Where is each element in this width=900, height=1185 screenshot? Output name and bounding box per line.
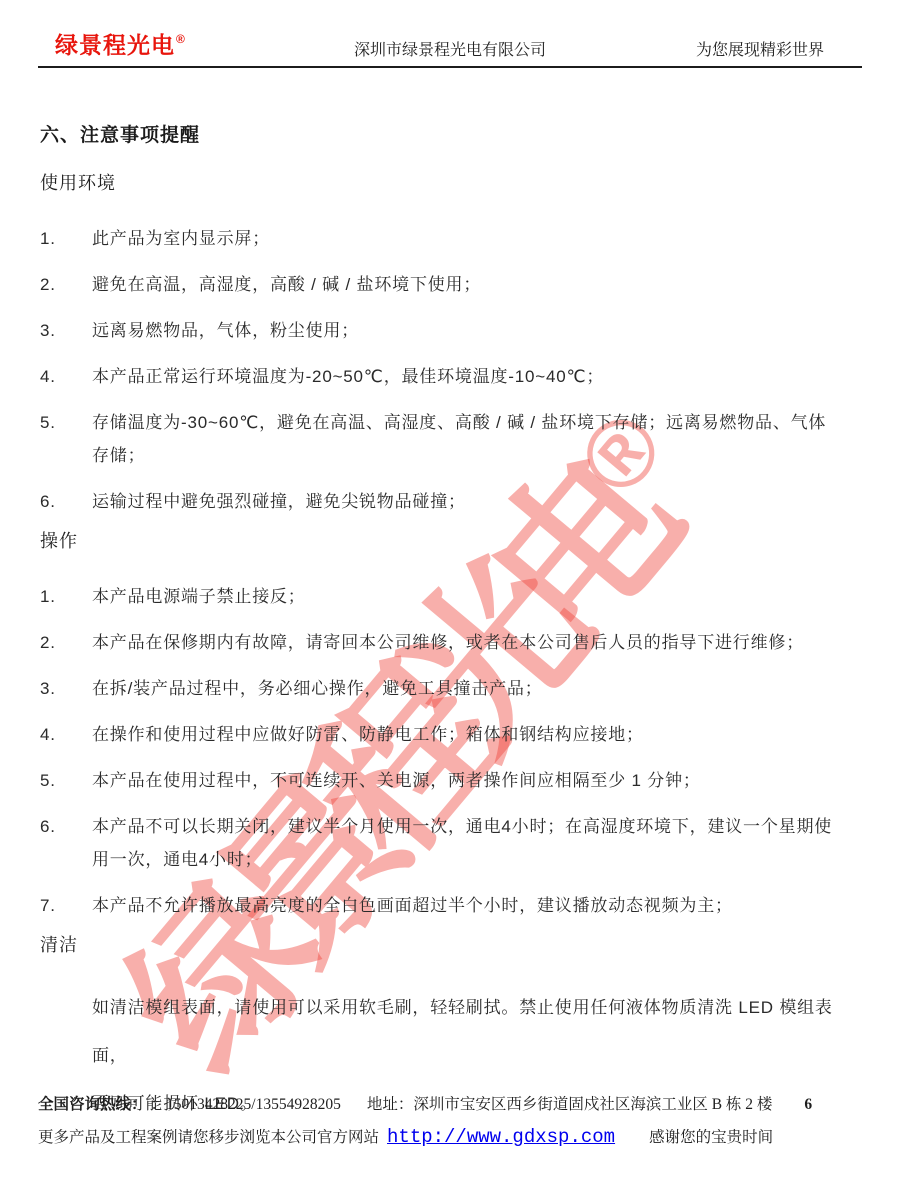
item-text: 避免在高温，高湿度，高酸 / 碱 / 盐环境下使用； (92, 275, 481, 294)
item-number: 5. (40, 406, 56, 439)
item-number: 3. (40, 314, 56, 347)
company-logo: 绿景程光电® (55, 33, 186, 57)
list-item: 2.避免在高温，高湿度，高酸 / 碱 / 盐环境下使用； (40, 268, 862, 301)
item-text: 在操作和使用过程中应做好防雷、防静电工作；箱体和钢结构应接地； (92, 725, 644, 744)
subsection-usage-environment: 使用环境 (40, 173, 862, 194)
list-item: 6.运输过程中避免强烈碰撞，避免尖锐物品碰撞； (40, 485, 862, 518)
item-text: 本产品不可以长期关闭，建议半个月使用一次，通电4小时；在高湿度环境下，建议一个星… (92, 817, 832, 869)
item-text: 远离易燃物品，气体，粉尘使用； (92, 321, 359, 340)
document-body: 六、注意事项提醒 使用环境 1.此产品为室内显示屏； 2.避免在高温，高湿度，高… (40, 125, 862, 1128)
footer-note-suffix: 感谢您的宝贵时间 (649, 1125, 773, 1147)
list-item: 5.存储温度为-30~60℃，避免在高温、高湿度、高酸 / 碱 / 盐环境下存储… (40, 406, 862, 472)
item-text: 本产品不允许播放最高亮度的全白色画面超过半个小时，建议播放动态视频为主； (92, 896, 733, 915)
list-item: 2.本产品在保修期内有故障，请寄回本公司维修，或者在本公司售后人员的指导下进行维… (40, 626, 862, 659)
list-item: 3.在拆/装产品过程中，务必细心操作，避免工具撞击产品； (40, 672, 862, 705)
footer-note-prefix: 更多产品及工程案例请您移步浏览本公司官方网站 (38, 1125, 379, 1147)
page-header: 绿景程光电® 深圳市绿景程光电有限公司 为您展现精彩世界 (38, 0, 862, 68)
list-item: 7.本产品不允许播放最高亮度的全白色画面超过半个小时，建议播放动态视频为主； (40, 889, 862, 922)
item-text: 本产品在保修期内有故障，请寄回本公司维修，或者在本公司售后人员的指导下进行维修； (92, 633, 804, 652)
item-number: 3. (40, 672, 56, 705)
footer-line-2: 更多产品及工程案例请您移步浏览本公司官方网站 http://www.gdxsp.… (38, 1125, 862, 1148)
header-slogan: 为您展现精彩世界 (696, 37, 824, 60)
item-text: 在拆/装产品过程中，务必细心操作，避免工具撞击产品； (92, 679, 543, 698)
company-address: 地址：深圳市宝安区西乡街道固戍社区海滨工业区 B 栋 2 楼 (367, 1092, 773, 1114)
footer-line-1: 全国咨询热线： ：15013428225/13554928205 地址：深圳市宝… (38, 1092, 862, 1114)
list-item: 1.本产品电源端子禁止接反； (40, 580, 862, 613)
registered-trademark-icon: ® (176, 32, 186, 46)
header-company-name: 深圳市绿景程光电有限公司 (354, 37, 546, 60)
item-text: 存储温度为-30~60℃，避免在高温、高湿度、高酸 / 碱 / 盐环境下存储；远… (92, 413, 826, 465)
list-item: 4.本产品正常运行环境温度为-20~50℃，最佳环境温度-10~40℃； (40, 360, 862, 393)
page-title: 六、注意事项提醒 (40, 125, 862, 147)
hotline-numbers: ：15013428225/13554928205 (151, 1092, 341, 1114)
website-link[interactable]: http://www.gdxsp.com (387, 1126, 615, 1148)
item-number: 5. (40, 764, 56, 797)
item-number: 6. (40, 810, 56, 843)
item-text: 本产品正常运行环境温度为-20~50℃，最佳环境温度-10~40℃； (92, 367, 604, 386)
item-text: 本产品在使用过程中，不可连续开、关电源，两者操作间应相隔至少 1 分钟； (92, 771, 701, 790)
item-number: 1. (40, 580, 56, 613)
logo-text: 绿景程光电 (55, 32, 175, 58)
operation-list: 1.本产品电源端子禁止接反； 2.本产品在保修期内有故障，请寄回本公司维修，或者… (40, 580, 862, 922)
item-text: 本产品电源端子禁止接反； (92, 587, 306, 606)
item-text: 运输过程中避免强烈碰撞，避免尖锐物品碰撞； (92, 492, 466, 511)
item-number: 2. (40, 626, 56, 659)
usage-environment-list: 1.此产品为室内显示屏； 2.避免在高温，高湿度，高酸 / 碱 / 盐环境下使用… (40, 222, 862, 518)
page-footer: 全国咨询热线： ：15013428225/13554928205 地址：深圳市宝… (38, 1092, 862, 1148)
subsection-cleaning: 清洁 (40, 935, 862, 956)
list-item: 4.在操作和使用过程中应做好防雷、防静电工作；箱体和钢结构应接地； (40, 718, 862, 751)
item-text: 此产品为室内显示屏； (92, 229, 270, 248)
subsection-operation: 操作 (40, 531, 862, 552)
item-number: 4. (40, 718, 56, 751)
hotline-label: 全国咨询热线： (38, 1092, 147, 1114)
document-page: 绿景程光电® 绿景程光电® 深圳市绿景程光电有限公司 为您展现精彩世界 六、注意… (0, 0, 900, 1185)
list-item: 5.本产品在使用过程中，不可连续开、关电源，两者操作间应相隔至少 1 分钟； (40, 764, 862, 797)
item-number: 6. (40, 485, 56, 518)
list-item: 3.远离易燃物品，气体，粉尘使用； (40, 314, 862, 347)
list-item: 1.此产品为室内显示屏； (40, 222, 862, 255)
item-number: 2. (40, 268, 56, 301)
item-number: 7. (40, 889, 56, 922)
item-number: 1. (40, 222, 56, 255)
list-item: 6.本产品不可以长期关闭，建议半个月使用一次，通电4小时；在高湿度环境下，建议一… (40, 810, 862, 876)
item-number: 4. (40, 360, 56, 393)
page-number: 6 (804, 1096, 812, 1114)
